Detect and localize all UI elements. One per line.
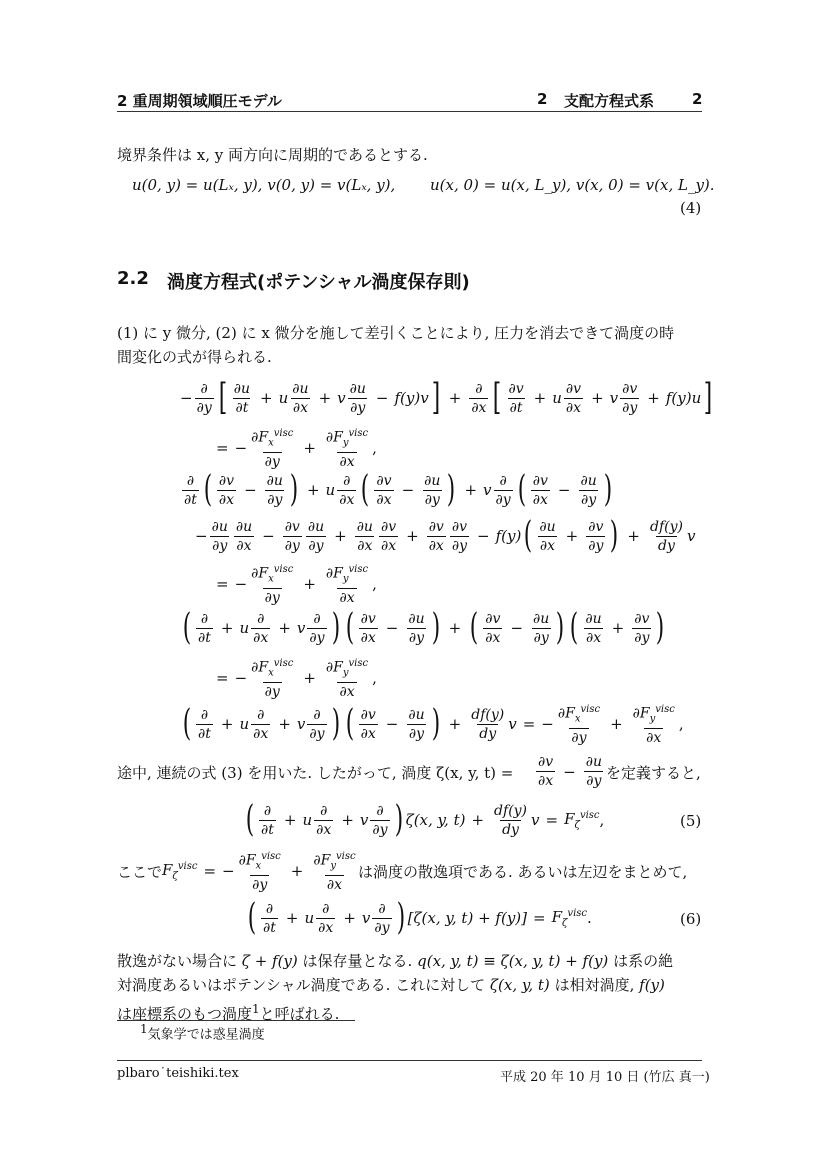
- footnote-reference[interactable]: 1: [252, 1002, 260, 1016]
- equation-number-6: (6): [680, 910, 701, 928]
- conclusion-line-2: 対渦度あるいはポテンシャル渦度である. これに対して ζ(x, y, t) は相…: [117, 974, 665, 997]
- intro-line-2: 間変化の式が得られる.: [117, 346, 272, 369]
- conclusion-text: は相対渦度,: [555, 976, 635, 994]
- running-header-title: 2 重周期領域順圧モデル: [117, 90, 282, 111]
- conclusion-text: は保存量となる.: [303, 952, 413, 970]
- equation-6: (∂∂t+u∂∂x+v∂∂y) [ζ(x, y, t) + f(y)]=Fζvi…: [245, 898, 592, 938]
- dissipation-text-suffix: は渦度の散逸項である. あるいは左辺をまとめて,: [358, 861, 687, 884]
- vorticity-definition: ∂v∂x−∂u∂y: [534, 754, 606, 789]
- running-header-section-title: 支配方程式系: [564, 90, 654, 111]
- footnote-mark: 1: [140, 1022, 148, 1036]
- boundary-text: 境界条件は x, y 両方向に周期的であるとする.: [117, 144, 428, 167]
- boundary-equation-right-text: u(x, 0) = u(x, L_y), v(x, 0) = v(x, L_y)…: [430, 176, 715, 194]
- boundary-equation-left-text: u(0, y) = u(Lₓ, y), v(0, y) = v(Lₓ, y),: [132, 176, 395, 194]
- footnote: 1気象学では惑星渦度: [140, 1022, 265, 1042]
- derivation-eq2-line3: =− ∂Fxvisc∂y+ ∂Fyvisc∂x,: [210, 562, 377, 606]
- math-inline: ζ + f(y): [242, 952, 298, 970]
- footer-rule: [117, 1060, 702, 1061]
- section-number: 2.2: [117, 268, 149, 289]
- equation-5: (∂∂t+u∂∂x+v∂∂y) ζ(x, y, t)+df(y)dyv =Fζv…: [243, 800, 604, 840]
- section-title: 渦度方程式(ポテンシャル渦度保存則): [167, 268, 470, 294]
- intro-line-1: (1) に y 微分, (2) に x 微分を施して差引くことにより, 圧力を消…: [117, 322, 674, 345]
- page-number: 2: [692, 90, 702, 108]
- derivation-eq1-line1: − ∂∂y [ ∂u∂t+u ∂u∂x+v ∂u∂y−f(y)v ]+ ∂∂x …: [180, 378, 715, 418]
- footer-date-author: 平成 20 年 10 月 10 日 (竹広 真一): [500, 1066, 710, 1085]
- footer-filename: plbaro˙teishiki.tex: [117, 1066, 239, 1081]
- math-inline: q(x, y, t) ≡ ζ(x, y, t) + f(y): [417, 952, 608, 970]
- boundary-equation-left: u(0, y) = u(Lₓ, y), v(0, y) = v(Lₓ, y),: [132, 176, 395, 194]
- conclusion-text: は系の絶: [613, 952, 673, 970]
- derivation-eq2-line2: −∂u∂y∂u∂x −∂v∂y∂u∂y +∂u∂x∂v∂x +∂v∂x∂v∂y …: [195, 516, 695, 556]
- derivation-eq1-line2: =− ∂Fxvisc∂y+ ∂Fyvisc∂x,: [210, 426, 377, 470]
- dissipation-definition: Fζvisc=− ∂Fxvisc∂y+ ∂Fyvisc∂x: [162, 849, 360, 893]
- derivation-eq4-line1: (∂∂t+u∂∂x+v∂∂y) (∂v∂x−∂u∂y) +df(y)dyv =−…: [180, 702, 684, 746]
- derivation-eq3-line2: =− ∂Fxvisc∂y+ ∂Fyvisc∂x,: [210, 656, 377, 700]
- equation-number-4: (4): [680, 199, 701, 217]
- boundary-equation-right: u(x, 0) = u(x, L_y), v(x, 0) = v(x, L_y)…: [430, 176, 715, 194]
- math-inline: f(y): [639, 976, 665, 994]
- conclusion-text: 対渦度あるいはポテンシャル渦度である. これに対して: [117, 976, 485, 994]
- running-header-section-number: 2: [537, 90, 547, 108]
- equation-number-5: (5): [680, 812, 701, 830]
- footnote-rule: [117, 1020, 355, 1021]
- conclusion-line-1: 散逸がない場合に ζ + f(y) は保存量となる. q(x, y, t) ≡ …: [117, 950, 673, 973]
- derivation-eq2-line1: ∂∂t (∂v∂x−∂u∂y) +u∂∂x (∂v∂x−∂u∂y) +v∂∂y …: [180, 470, 615, 510]
- vorticity-text-prefix: 途中, 連続の式 (3) を用いた. したがって, 渦度 ζ(x, y, t) …: [117, 762, 513, 785]
- vorticity-text-suffix: を定義すると,: [606, 762, 701, 785]
- conclusion-text: 散逸がない場合に: [117, 952, 237, 970]
- dissipation-text-prefix: ここで: [117, 861, 162, 884]
- derivation-eq3-line1: (∂∂t+u∂∂x+v∂∂y) (∂v∂x−∂u∂y) + (∂v∂x−∂u∂y…: [180, 608, 667, 648]
- footnote-text: 気象学では惑星渦度: [148, 1027, 265, 1042]
- header-rule: [117, 111, 702, 112]
- math-inline: ζ(x, y, t): [490, 976, 550, 994]
